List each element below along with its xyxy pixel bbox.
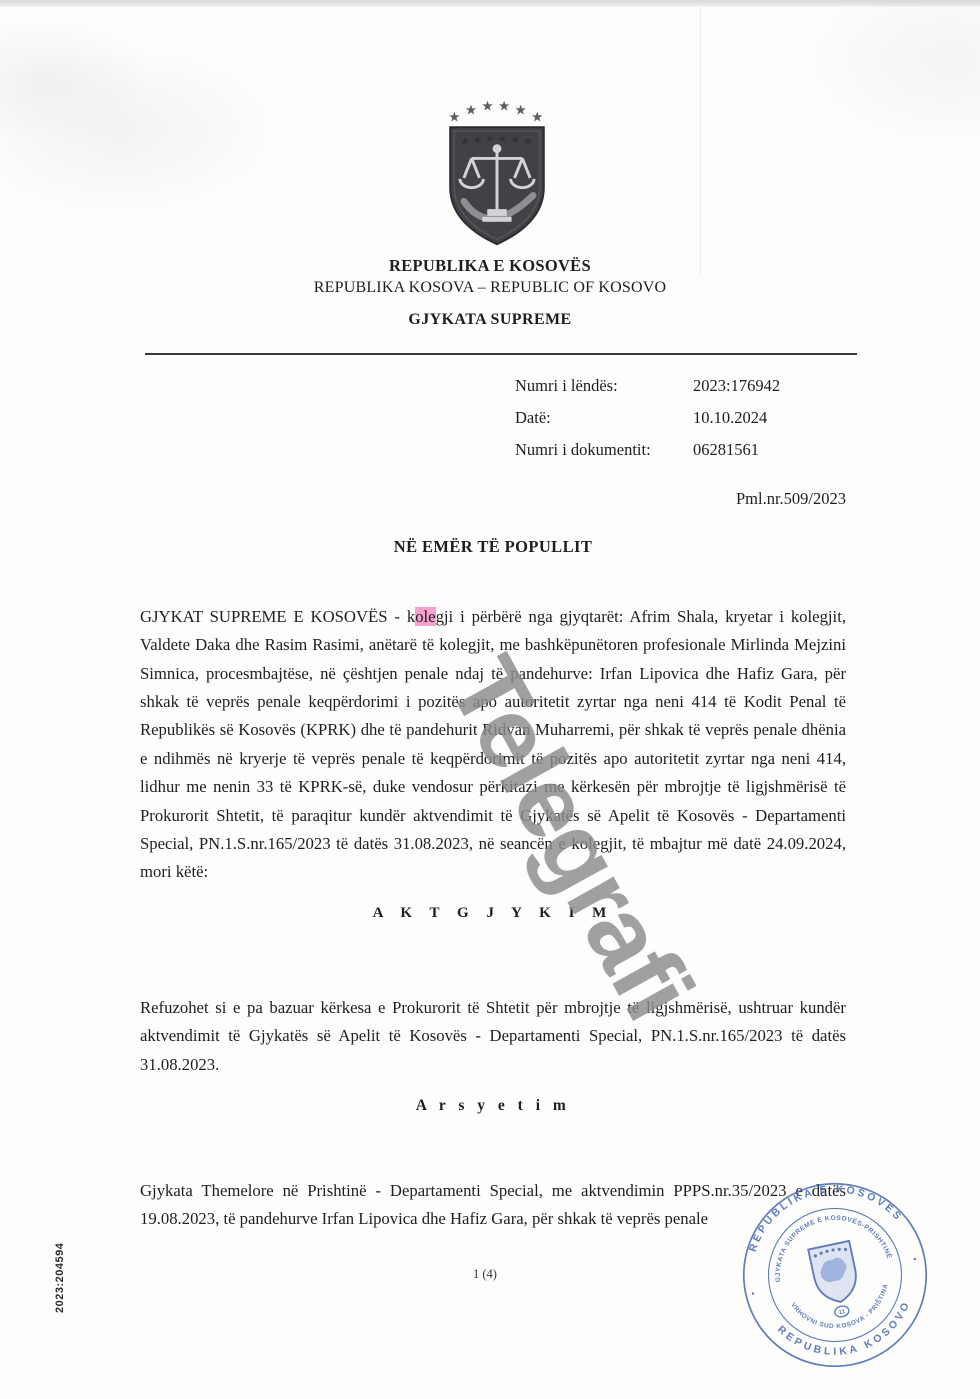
svg-text:★: ★	[481, 99, 493, 115]
svg-text:★: ★	[511, 133, 521, 146]
supreme-court-emblem: ★★★ ★★★ ★★★ ★★★	[438, 96, 556, 257]
svg-text:★: ★	[485, 132, 495, 145]
date-label: Datë:	[515, 408, 693, 428]
svg-text:★: ★	[448, 109, 460, 125]
stamp-icon: REPUBLIKA E KOSOVËS REPUBLIKA KOSOVO GJY…	[740, 1180, 930, 1370]
svg-text:★: ★	[498, 132, 508, 145]
case-reference-number: Pml.nr.509/2023	[140, 489, 846, 509]
scan-fold-line	[700, 6, 701, 276]
in-the-name-of-people-title: NË EMËR TË POPULLIT	[140, 537, 846, 557]
judgment-heading: A K T G J Y K I M	[140, 905, 846, 922]
page-number: 1 (4)	[140, 1267, 830, 1282]
document-number-label: Numri i dokumentit:	[515, 440, 693, 460]
svg-text:★: ★	[465, 103, 477, 119]
header-divider	[145, 353, 857, 355]
case-number-label: Numri i lëndës:	[515, 376, 693, 396]
svg-text:★: ★	[498, 99, 510, 115]
reasoning-heading: A r s y e t i m	[140, 1097, 846, 1115]
svg-text:★: ★	[515, 103, 527, 119]
stamp-kosovo-shield: 11	[808, 1241, 864, 1321]
highlighted-text: ole	[415, 607, 435, 626]
svg-text:★: ★	[531, 109, 543, 125]
stamp-separator-left: •	[750, 1288, 755, 1298]
republic-title: REPUBLIKA E KOSOVËS	[0, 256, 980, 276]
svg-text:★: ★	[473, 133, 483, 146]
document-number-value: 06281561	[693, 440, 759, 460]
svg-text:★: ★	[523, 135, 533, 148]
svg-text:★: ★	[460, 135, 470, 148]
stamp-separator-right: •	[912, 1254, 917, 1264]
republic-bilingual-title: REPUBLIKA KOSOVA – REPUBLIC OF KOSOVO	[0, 279, 980, 297]
paper-crease-top-right	[720, 0, 980, 220]
stamp-badge-number: 11	[838, 1308, 846, 1316]
court-name: GJYKATA SUPREME	[0, 311, 980, 329]
date-value: 10.10.2024	[693, 408, 767, 428]
case-number-value: 2023:176942	[693, 376, 780, 396]
verdict-paragraph: Refuzohet si e pa bazuar kërkesa e Proku…	[140, 994, 846, 1079]
registry-id-vertical: 2023:204594	[54, 1243, 66, 1313]
case-metadata: Numri i lëndës: 2023:176942 Datë: 10.10.…	[515, 370, 780, 466]
meta-row-date: Datë: 10.10.2024	[515, 402, 780, 434]
intro-text-pre: GJYKAT SUPREME E KOSOVËS - k	[140, 607, 415, 626]
emblem-stars: ★★★ ★★★	[448, 99, 543, 126]
justice-shield-icon: ★★★ ★★★ ★★★ ★★★	[438, 96, 556, 252]
court-stamp-seal: REPUBLIKA E KOSOVËS REPUBLIKA KOSOVO GJY…	[740, 1180, 930, 1375]
meta-row-case-number: Numri i lëndës: 2023:176942	[515, 370, 780, 402]
meta-row-document-number: Numri i dokumentit: 06281561	[515, 434, 780, 466]
